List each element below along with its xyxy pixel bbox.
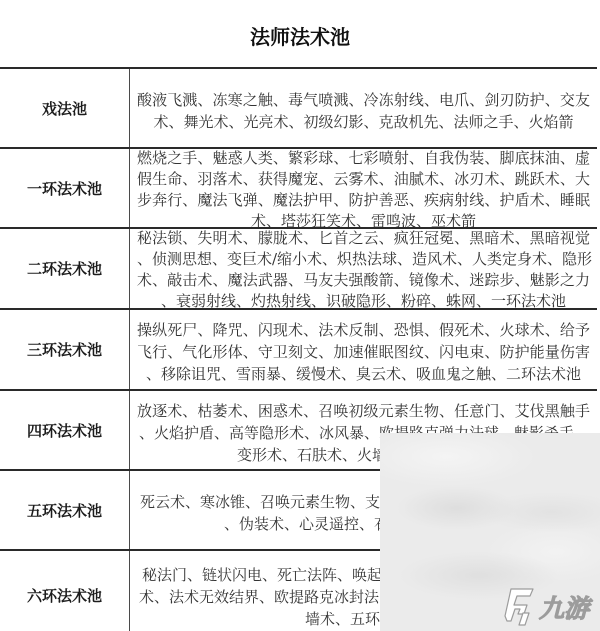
spell-list-line: 酸液飞溅、冻寒之触、毒气喷溅、冷冻射线、电爪、剑刃防护、交友 [130, 89, 597, 111]
spell-list-cell: 燃烧之手、魅惑人类、繁彩球、七彩喷射、自我伪装、脚底抹油、虚 假生命、羽落术、获… [130, 149, 597, 227]
row-label: 三环法术池 [0, 310, 130, 389]
spell-list-cell: 秘法锁、失明术、朦胧术、匕首之云、疯狂冠冕、黑暗术、黑暗视觉 、侦测思想、变巨术… [130, 229, 597, 308]
spell-list-line: 、侦测思想、变巨术/缩小术、炽热法球、造风术、人类定身术、隐形 [130, 249, 597, 270]
row-label: 戏法池 [0, 69, 130, 147]
table-row-level-1: 一环法术池 燃烧之手、魅惑人类、繁彩球、七彩喷射、自我伪装、脚底抹油、虚 假生命… [0, 147, 597, 227]
spell-list-line: 术、舞光术、光亮术、初级幻影、克敌机先、法师之手、火焰箭 [130, 111, 597, 133]
spell-list-line: 、衰弱射线、灼热射线、识破隐形、粉碎、蛛网、一环法术池 [130, 291, 597, 308]
row-label: 六环法术池 [0, 551, 130, 631]
row-label: 四环法术池 [0, 391, 130, 469]
spell-list-line: 假生命、羽落术、获得魔宠、云雾术、油腻术、冰刃术、跳跃术、大 [130, 169, 597, 190]
page-title: 法师法术池 [0, 25, 600, 49]
spell-list-line: 、移除诅咒、雪雨暴、缓慢术、臭云术、吸血鬼之触、二环法术池 [130, 363, 597, 385]
spell-list-line: 术、敲击术、魔法武器、马友夫强酸箭、镜像术、迷踪步、魅影之力 [130, 270, 597, 291]
table-row-level-2: 二环法术池 秘法锁、失明术、朦胧术、匕首之云、疯狂冠冕、黑暗术、黑暗视觉 、侦测… [0, 227, 597, 308]
table-row-level-3: 三环法术池 操纵死尸、降咒、闪现术、法术反制、恐惧、假死术、火球术、给予 飞行、… [0, 308, 597, 389]
jiuyou-logo-icon: 九游 [503, 583, 597, 629]
spell-list-line: 飞行、气化形体、守卫刻文、加速催眠图纹、闪电束、防护能量伤害 [130, 341, 597, 363]
row-label: 五环法术池 [0, 471, 130, 549]
spell-list-cell: 操纵死尸、降咒、闪现术、法术反制、恐惧、假死术、火球术、给予 飞行、气化形体、守… [130, 310, 597, 389]
row-label: 一环法术池 [0, 149, 130, 227]
spell-list-line: 步奔行、魔法飞弹、魔法护甲、防护善恶、疾病射线、护盾术、睡眠 [130, 190, 597, 211]
spell-list-line: 术、塔莎狂笑术、雷鸣波、巫术箭 [130, 211, 597, 228]
logo-text: 九游 [539, 594, 593, 623]
spell-list-line: 燃烧之手、魅惑人类、繁彩球、七彩喷射、自我伪装、脚底抹油、虚 [130, 149, 597, 169]
spell-list-line: 操纵死尸、降咒、闪现术、法术反制、恐惧、假死术、火球术、给予 [130, 319, 597, 341]
table-row-cantrips: 戏法池 酸液飞溅、冻寒之触、毒气喷溅、冷冻射线、电爪、剑刃防护、交友 术、舞光术… [0, 67, 597, 147]
spell-list-line: 秘法锁、失明术、朦胧术、匕首之云、疯狂冠冕、黑暗术、黑暗视觉 [130, 229, 597, 249]
spell-list-cell: 酸液飞溅、冻寒之触、毒气喷溅、冷冻射线、电爪、剑刃防护、交友 术、舞光术、光亮术… [130, 69, 597, 147]
row-label: 二环法术池 [0, 229, 130, 308]
spell-list-line: 放逐术、枯萎术、困惑术、召唤初级元素生物、任意门、艾伐黑触手 [130, 400, 597, 422]
